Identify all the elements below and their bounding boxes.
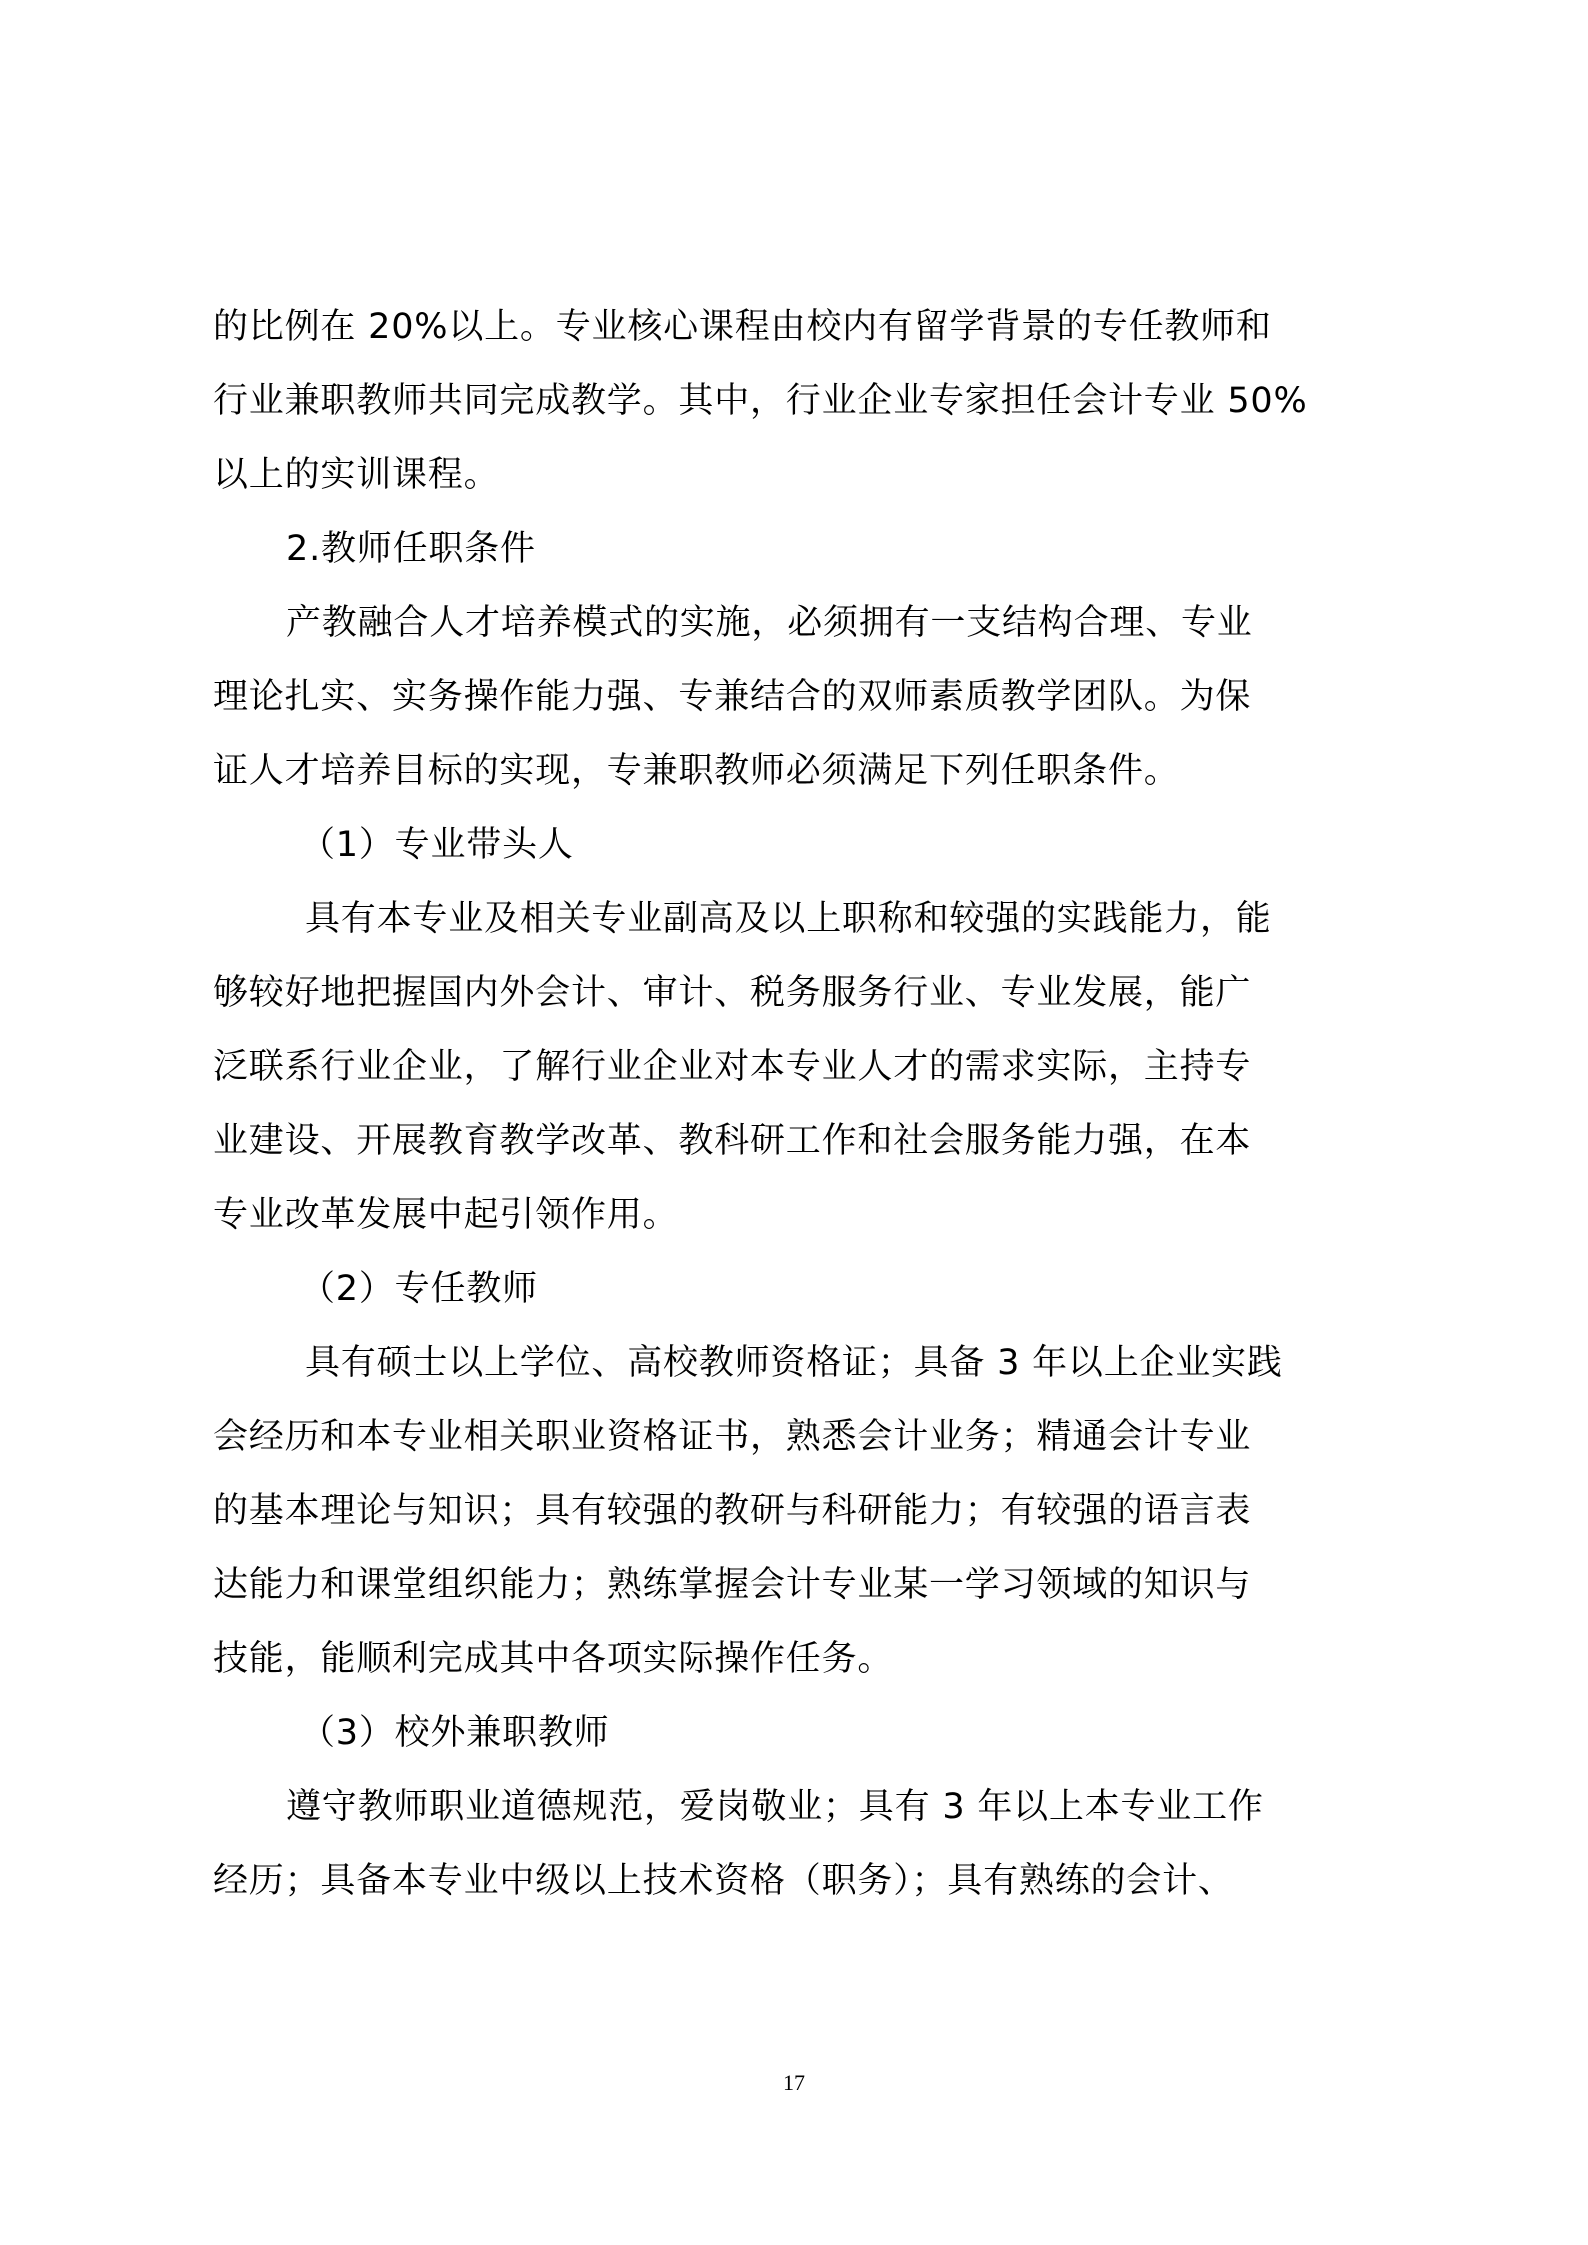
- section-heading: 2.教师任职条件: [286, 527, 1466, 571]
- text-line: 的比例在 20%以上。专业核心课程由校内有留学背景的专任教师和: [213, 305, 1393, 349]
- text-line: 技能，能顺利完成其中各项实际操作任务。: [213, 1637, 1393, 1681]
- text-line: 行业兼职教师共同完成教学。其中，行业企业专家担任会计专业 50%: [213, 379, 1393, 423]
- subsection-heading: （1）专业带头人: [300, 823, 1480, 867]
- text-line: 达能力和课堂组织能力；熟练掌握会计专业某一学习领域的知识与: [213, 1563, 1393, 1607]
- page-number: 17: [0, 2070, 1588, 2096]
- document-page: 的比例在 20%以上。专业核心课程由校内有留学背景的专任教师和 行业兼职教师共同…: [0, 0, 1588, 2245]
- text-line: 以上的实训课程。: [213, 453, 1393, 497]
- subsection-heading: （3）校外兼职教师: [300, 1711, 1480, 1755]
- subsection-heading: （2）专任教师: [300, 1267, 1480, 1311]
- text-line: 遵守教师职业道德规范，爱岗敬业；具有 3 年以上本专业工作: [286, 1785, 1466, 1829]
- text-line: 理论扎实、实务操作能力强、专兼结合的双师素质教学团队。为保: [213, 675, 1393, 719]
- text-line: 够较好地把握国内外会计、审计、税务服务行业、专业发展，能广: [213, 971, 1393, 1015]
- text-line: 具有硕士以上学位、高校教师资格证；具备 3 年以上企业实践: [305, 1341, 1485, 1385]
- text-line: 具有本专业及相关专业副高及以上职称和较强的实践能力，能: [305, 897, 1485, 941]
- text-line: 产教融合人才培养模式的实施，必须拥有一支结构合理、专业: [286, 601, 1466, 645]
- text-line: 泛联系行业企业，了解行业企业对本专业人才的需求实际，主持专: [213, 1045, 1393, 1089]
- text-line: 业建设、开展教育教学改革、教科研工作和社会服务能力强，在本: [213, 1119, 1393, 1163]
- text-line: 证人才培养目标的实现，专兼职教师必须满足下列任职条件。: [213, 749, 1393, 793]
- text-line: 会经历和本专业相关职业资格证书，熟悉会计业务；精通会计专业: [213, 1415, 1393, 1459]
- text-line: 的基本理论与知识；具有较强的教研与科研能力；有较强的语言表: [213, 1489, 1393, 1533]
- text-line: 经历；具备本专业中级以上技术资格（职务）；具有熟练的会计、: [213, 1859, 1393, 1903]
- text-line: 专业改革发展中起引领作用。: [213, 1193, 1393, 1237]
